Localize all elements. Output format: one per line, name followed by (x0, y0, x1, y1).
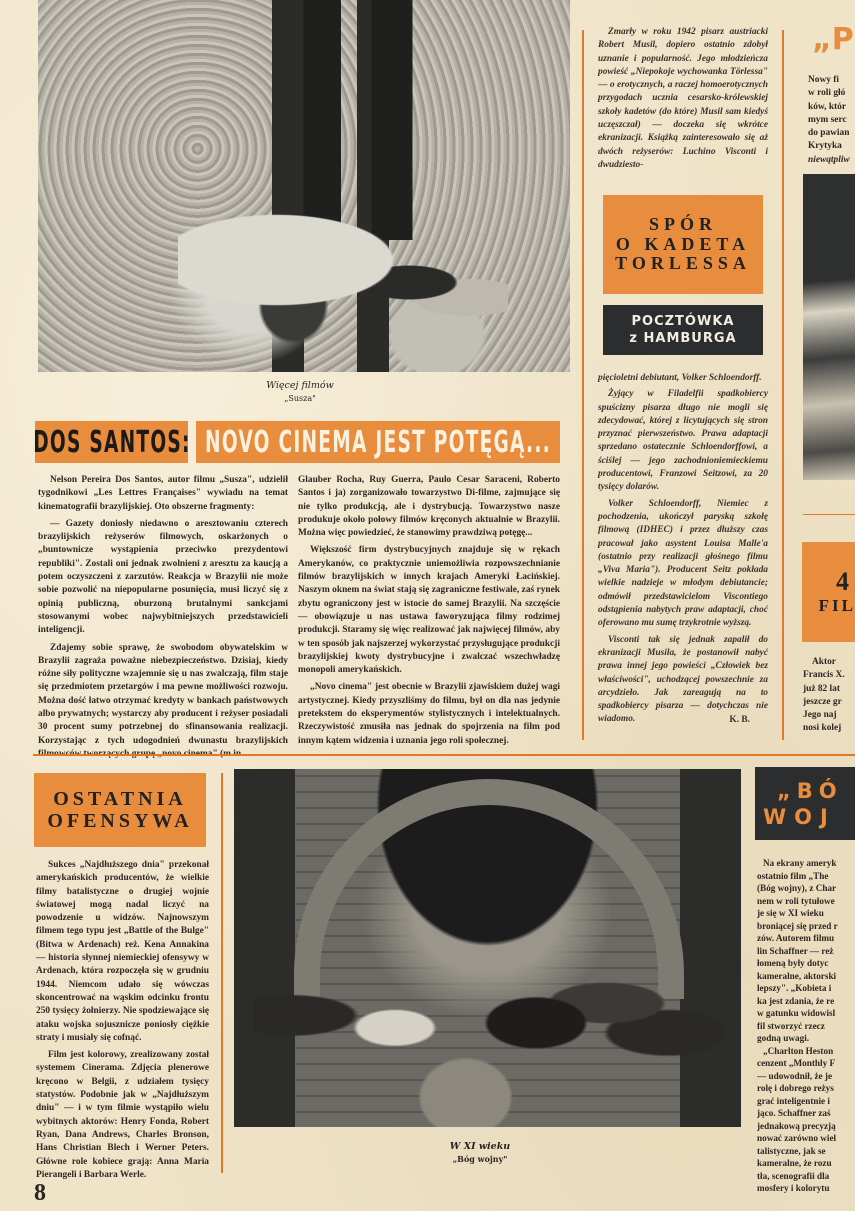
text-line: już 82 lat (803, 683, 855, 696)
text-line: niewątpliw (808, 154, 855, 167)
right-edge-4-film-box: 4 FILM (802, 542, 855, 642)
article-paragraph: Nelson Pereira Dos Santos, autor filmu „… (38, 474, 288, 514)
photo-figure-lying (178, 200, 508, 350)
article-paragraph: Większość firm dystrybucyjnych znajduje … (298, 544, 560, 677)
dos-santos-kicker-box: DOS SANTOS: (35, 421, 188, 463)
article-paragraph: Zdajemy sobie sprawę, że swobodom obywat… (38, 642, 288, 762)
dos-santos-kicker: DOS SANTOS: (33, 425, 190, 460)
ostatnia-title-line: OFENSYWA (47, 810, 192, 832)
text-line: rolę i dobrego reżys (757, 1082, 855, 1095)
text-line: do pawian (808, 127, 855, 140)
text-line: Krytyka (808, 140, 855, 153)
article-paragraph: Film jest kolorowy, zrealizowany został … (36, 1049, 209, 1182)
text-line: (Bóg wojny), z Char (757, 882, 855, 895)
text-line: „Charlton Heston (757, 1045, 855, 1058)
torless-intro: Zmarły w roku 1942 pisarz austriacki Rob… (598, 26, 768, 175)
text-line: łomeną były dotyc (757, 957, 855, 970)
column-divider-left (582, 30, 584, 740)
torless-body: pięcioletni debiutant, Volker Schloendor… (598, 372, 768, 727)
column-divider-bottom (221, 773, 223, 1173)
text-line: ostatnio film „The (757, 870, 855, 883)
novo-cinema-headline-box: NOVO CINEMA JEST POTĘGĄ... (196, 421, 560, 463)
text-line: broniącej się przed r (757, 920, 855, 933)
torless-title-line: TORLESSA (615, 254, 751, 274)
article-paragraph: Sukces „Najdłuższego dnia" przekonał ame… (36, 859, 209, 1045)
bog-wojny-text: Na ekrany ameryk ostatnio film „The (Bóg… (757, 857, 855, 1195)
text-line: kameralne, że rozu (757, 1157, 855, 1170)
text-line: jednakową precyzją (757, 1120, 855, 1133)
bog-wojny-title-line: „BÓ (775, 778, 843, 804)
text-line: Jego naj (803, 709, 855, 722)
photo-figures (254, 879, 724, 1127)
caption-line-1: W XI wieku (450, 1141, 510, 1152)
article-paragraph: Żyjący w Filadelfii spadkobiercy spuściz… (598, 388, 768, 494)
article-paragraph: Volker Schloendorff, Niemiec z pochodzen… (598, 498, 768, 631)
column-divider-right (782, 30, 784, 740)
page-number: 8 (34, 1180, 46, 1207)
bottom-photo-caption: W XI wieku „Bóg wojny" (380, 1140, 580, 1166)
article-paragraph: pięcioletni debiutant, Volker Schloendor… (598, 372, 768, 385)
right-edge-title-fragment: „P (812, 22, 854, 57)
caption-line-2: „Bóg wojny" (380, 1153, 580, 1166)
text-line: godną uwagi. (757, 1032, 855, 1045)
text-line: zów. Autorem filmu (757, 932, 855, 945)
box-line: 4 (836, 568, 855, 597)
text-line: — udowodnił, że je (757, 1070, 855, 1083)
text-line: talistyczne, jak se (757, 1145, 855, 1158)
article-paragraph: Visconti tak się jednak zapalił do ekran… (598, 634, 768, 727)
torless-title-line: O KADETA (616, 235, 750, 255)
text-line: nosi kolej (803, 722, 855, 735)
ostatnia-title-line: OSTATNIA (53, 788, 187, 810)
article-paragraph: Zmarły w roku 1942 pisarz austriacki Rob… (598, 26, 768, 172)
text-line: ka jest zdania, że re (757, 995, 855, 1008)
text-line: Na ekrany ameryk (757, 857, 855, 870)
bottom-photo-bog-wojny (234, 769, 741, 1127)
right-edge-top-text: Nowy fi w roli głó ków, któr mym serc do… (808, 74, 855, 167)
caption-line-2: „Susza" (200, 392, 400, 405)
rubric-line: z HAMBURGA (629, 330, 736, 347)
box-line: FILM (819, 597, 855, 616)
torless-title-line: SPÓR (649, 215, 717, 235)
text-line: nem w roli tytułowe (757, 895, 855, 908)
text-line: w gatunku widowisl (757, 1007, 855, 1020)
novo-cinema-headline: NOVO CINEMA JEST POTĘGĄ... (205, 425, 551, 460)
text-line: je się w XI wieku (757, 907, 855, 920)
article-paragraph: — Gazety doniosły niedawno o aresztowani… (38, 518, 288, 638)
text-line: Aktor (803, 656, 855, 669)
text-line: tła, scenografii dla (757, 1170, 855, 1183)
text-line: kameralne, aktorski (757, 970, 855, 983)
bog-wojny-title-box: „BÓ WOJ (755, 767, 855, 840)
text-line: ków, któr (808, 101, 855, 114)
text-line: cenzent „Monthly F (757, 1057, 855, 1070)
text-line: Nowy fi (808, 74, 855, 87)
ostatnia-title-box: OSTATNIA OFENSYWA (34, 773, 206, 847)
text-line: lin Schaffner — reż (757, 945, 855, 958)
top-photo-susza (38, 0, 570, 372)
article-paragraph: Glauber Rocha, Ruy Guerra, Paulo Cesar S… (298, 474, 560, 540)
text-line: mosfery i kolorytu (757, 1182, 855, 1195)
right-edge-rule (803, 514, 855, 515)
section-divider (33, 754, 855, 756)
text-line: fil stworzyć rzecz (757, 1020, 855, 1033)
pocztowka-rubric-box: POCZTÓWKA z HAMBURGA (603, 305, 763, 355)
torless-title-box: SPÓR O KADETA TORLESSA (603, 195, 763, 294)
right-edge-mid-text: Aktor Francis X. już 82 lat jeszcze gr J… (803, 656, 855, 736)
right-edge-photo (803, 174, 855, 480)
caption-line-1: Więcej filmów (266, 380, 333, 391)
ostatnia-body: Sukces „Najdłuższego dnia" przekonał ame… (36, 859, 209, 1186)
text-line: nować zarówno wiel (757, 1132, 855, 1145)
text-line: w roli głó (808, 87, 855, 100)
bog-wojny-title-line: WOJ (763, 804, 836, 830)
dos-santos-column-2: Glauber Rocha, Ruy Guerra, Paulo Cesar S… (298, 474, 560, 752)
text-line: jeszcze gr (803, 696, 855, 709)
top-photo-caption: Więcej filmów „Susza" (200, 379, 400, 405)
dos-santos-column-1: Nelson Pereira Dos Santos, autor filmu „… (38, 474, 288, 765)
text-line: jąco. Schaffner zaś (757, 1107, 855, 1120)
text-line: Francis X. (803, 669, 855, 682)
text-line: mym serc (808, 114, 855, 127)
rubric-line: POCZTÓWKA (632, 313, 735, 330)
text-line: grać inteligentnie i (757, 1095, 855, 1108)
text-line: lepszy". „Kobieta i (757, 982, 855, 995)
article-paragraph: „Novo cinema" jest obecnie w Brazylii zj… (298, 681, 560, 747)
